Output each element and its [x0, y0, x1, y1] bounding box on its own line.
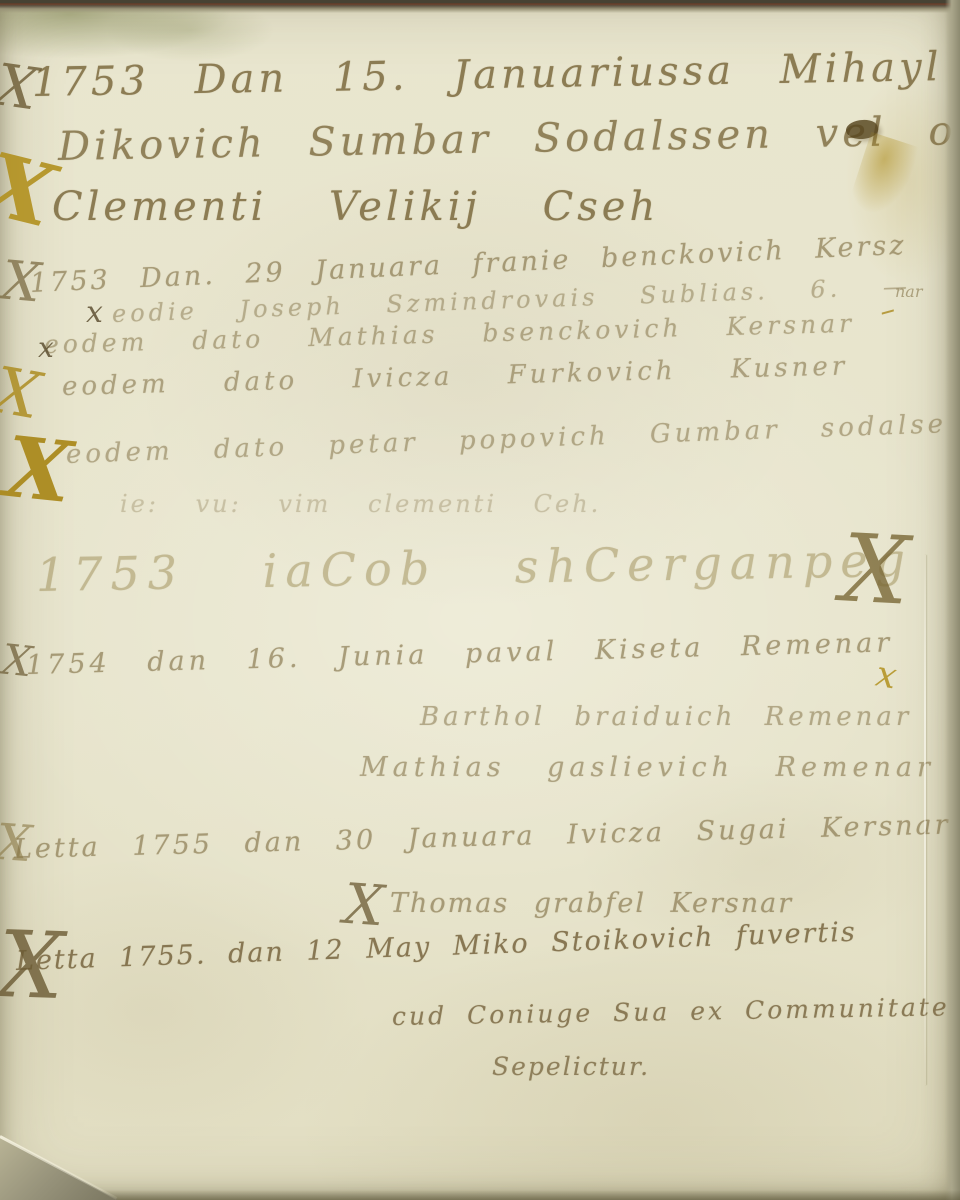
- cross-mark-icon: x: [86, 298, 103, 328]
- cross-mark-icon: X: [0, 55, 41, 118]
- cross-mark-icon: X: [0, 253, 43, 310]
- manuscript-scan: 1753 Dan 15. Januariussa Mihayl Dikovich…: [0, 0, 960, 1200]
- manuscript-line: Thomas grabfel Kersnar: [390, 888, 793, 919]
- manuscript-line-large-faded: 1753 iaCob shCerganpeg: [36, 533, 914, 602]
- manuscript-line: 1754 dan 16. Junia paval Kiseta Remenar: [26, 627, 894, 681]
- cross-mark-icon: X: [342, 877, 386, 936]
- manuscript-line: cud Coniuge Sua ex Communitate: [392, 992, 950, 1031]
- cross-mark-icon: X: [0, 817, 33, 869]
- manuscript-line: Barthol braiduich Remenar: [420, 702, 912, 732]
- manuscript-line: Letta 1755. dan 12 May Miko Stoikovich f…: [15, 917, 857, 977]
- binding-edge: [0, 0, 960, 13]
- cross-mark-icon: x: [38, 334, 54, 362]
- manuscript-line: Letta 1755 dan 30 Januara Ivicza Sugai K…: [14, 809, 951, 865]
- gold-cross-mark-icon: x: [873, 657, 899, 696]
- page-right-edge: [945, 0, 960, 1200]
- manuscript-line: Clementi Velikij Cseh: [52, 184, 659, 230]
- paper-crease: [924, 555, 926, 1085]
- manuscript-line: eodem dato Ivicza Furkovich Kusner: [62, 351, 849, 402]
- cross-mark-icon: X: [0, 919, 65, 1013]
- manuscript-line-faint: ie: vu: vim clementi Ceh.: [120, 490, 601, 518]
- cross-mark-icon: X: [840, 522, 912, 619]
- cross-mark-icon: X: [0, 639, 34, 684]
- manuscript-line: Sepelictur.: [492, 1052, 650, 1081]
- manuscript-line: Dikovich Sumbar Sodalssen vel ou: [58, 108, 960, 170]
- gold-cross-mark-icon: X: [2, 425, 76, 515]
- manuscript-line: 1753 Dan 15. Januariussa Mihayl: [32, 44, 943, 106]
- page-bottom-shadow: [0, 1190, 960, 1200]
- manuscript-line: Mathias gaslievich Remenar: [360, 752, 935, 783]
- manuscript-line: eodem dato petar popovich Gumbar sodalse: [65, 409, 947, 470]
- register-page: 1753 Dan 15. Januariussa Mihayl Dikovich…: [0, 0, 960, 1200]
